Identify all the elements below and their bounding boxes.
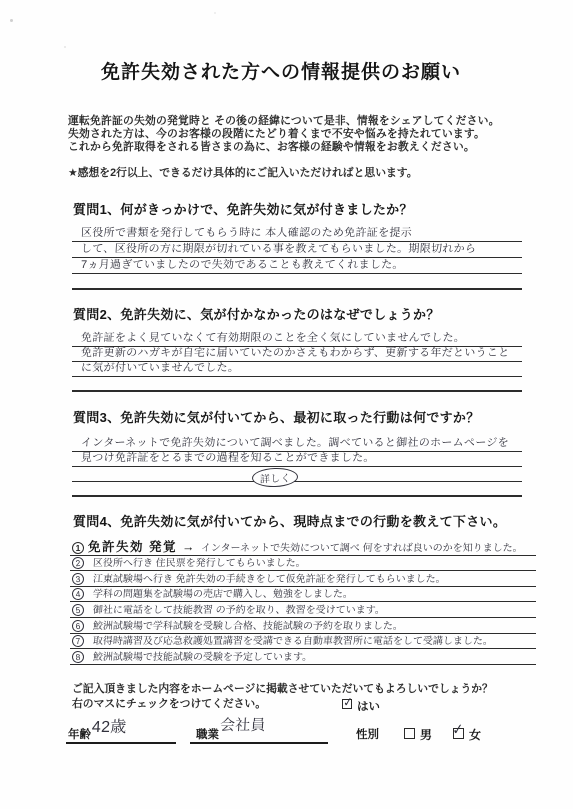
handwritten-step-text: 学科の問題集を試験場の売店で購入し、勉強をしました。 bbox=[88, 585, 354, 600]
circled-number-icon: 7 bbox=[71, 635, 84, 648]
question-1-answer-area: 区役所で書類を発行してもらう時に 本人確認のため免許証を提示 して、区役所の方に… bbox=[72, 226, 522, 290]
circled-number-icon: 8 bbox=[71, 650, 84, 663]
page-title: 免許失効された方への情報提供のお願い bbox=[0, 57, 562, 84]
consent-line: ご記入頂きました内容をホームページに掲載させていただいてもよろしいでしょうか？ bbox=[72, 682, 493, 697]
question-4-steps: 1 免許失効 発覚 → インターネットで失効について調べ 何をすれば良いのかを知… bbox=[70, 540, 536, 665]
female-label: 女 bbox=[469, 726, 481, 743]
answer-line bbox=[72, 274, 522, 290]
circled-number-icon: 1 bbox=[72, 542, 84, 554]
step-row: 2 区役所へ行き 住民票を発行してもらいました。 bbox=[70, 556, 536, 572]
answer-line: 7ヵ月過ぎていましたので失効であることも教えてくれました。 bbox=[72, 258, 522, 274]
age-underline bbox=[66, 742, 176, 744]
circled-number-icon: 3 bbox=[71, 572, 84, 585]
handwritten-step-text: 鮫洲試験場で学科試験を受験し合格、技能試験の予約を取りました。 bbox=[88, 617, 404, 632]
male-checkbox bbox=[404, 728, 415, 739]
question-3-answer-area: インターネットで免許失効について調べました。調べていると御社のホームページを 見… bbox=[72, 437, 522, 497]
circled-number-icon: 2 bbox=[71, 557, 84, 570]
handwritten-answer: 免許証をよく見ていなくて有効期限のことを全く気にしていませんでした。 bbox=[72, 329, 466, 345]
handwritten-answer: 7ヵ月過ぎていましたので失効であることも教えてくれました。 bbox=[72, 256, 405, 272]
gender-label: 性別 bbox=[356, 726, 379, 742]
handwritten-step-text: 区役所へ行き 住民票を発行してもらいました。 bbox=[88, 554, 307, 569]
handwritten-step-text: 取得時講習及び応急救護処置講習を受講できる自動車教習所に電話をして受講しました。 bbox=[88, 632, 494, 647]
intro-line: これから免許取得をされる皆さまの為に、お客様の経験や情報をお教えください。 bbox=[68, 141, 500, 154]
answer-line bbox=[72, 482, 522, 497]
circled-number-icon: 6 bbox=[71, 619, 84, 632]
consent-yes-label: はい bbox=[357, 698, 380, 714]
printed-step-text: 免許失効 発覚 → bbox=[88, 537, 196, 555]
handwritten-answer: 免許更新のハガキが自宅に届いていたのかさえもわからず、更新する年だということ bbox=[72, 344, 510, 360]
consent-checkbox: ✓ bbox=[342, 699, 352, 709]
consent-line: 右のマスにチェックをつけてください。 bbox=[72, 697, 493, 712]
question-1-label: 質問1、何がきっかけで、免許失効に気が付きましたか？ bbox=[73, 199, 413, 218]
scanned-survey-page: 免許失効された方への情報提供のお願い 運転免許証の失効の発覚時と その後の経緯に… bbox=[0, 0, 573, 809]
instruction-note: ★感想を2行以上、できるだけ具体的にご記入いただければと思います。 bbox=[68, 165, 418, 180]
circled-number-icon: 4 bbox=[71, 588, 84, 601]
handwritten-answer: 見つけ免許証をとるまでの過程を知ることができました。 bbox=[72, 449, 376, 465]
step-row: 5 御社に電話をして技能教習 の予約を取り、教習を受けています。 bbox=[70, 602, 536, 618]
handwritten-answer: 区役所で書類を発行してもらう時に 本人確認のため免許証を提示 bbox=[72, 224, 413, 240]
handwritten-answer: インターネットで免許失効について調べました。調べていると御社のホームページを bbox=[72, 434, 510, 450]
occupation-label: 職業 bbox=[196, 726, 219, 742]
scan-speck bbox=[10, 19, 13, 22]
step-row: 8 鮫洲試験場で技能試験の受験を予定しています。 bbox=[70, 649, 536, 665]
question-2-answer-area: 免許証をよく見ていなくて有効期限のことを全く気にしていませんでした。 免許更新の… bbox=[72, 332, 522, 392]
answer-line bbox=[72, 377, 522, 392]
handwritten-answer: して、区役所の方に期限が切れている事を教えてもらいました。期限切れから bbox=[72, 240, 477, 256]
intro-line: 失効された方は、今のお客様の段階にたどり着くまで不安や悩みを持たれています。 bbox=[68, 128, 500, 141]
age-label: 年齢 bbox=[68, 726, 91, 742]
check-icon: ✓ bbox=[452, 721, 465, 737]
check-icon: ✓ bbox=[343, 695, 354, 709]
consent-text: ご記入頂きました内容をホームページに掲載させていただいてもよろしいでしょうか？ … bbox=[72, 682, 493, 712]
intro-paragraph: 運転免許証の失効の発覚時と その後の経緯について是非、情報をシェアしてください。… bbox=[68, 115, 500, 154]
female-checkbox: ✓ bbox=[453, 728, 464, 739]
answer-line: 見つけ免許証をとるまでの過程を知ることができました。 bbox=[72, 452, 522, 467]
answer-line: に気が付いていませんでした。 bbox=[72, 362, 522, 377]
scan-speck bbox=[214, 12, 216, 14]
handwritten-step-text: 江東試験場へ行き 免許失効の手続きをして仮免許証を発行してもらいました。 bbox=[88, 570, 447, 585]
question-4-label: 質問4、免許失効に気が付いてから、現時点までの行動を教えて下さい。 bbox=[73, 511, 506, 530]
handwritten-step-text: 御社に電話をして技能教習 の予約を取り、教習を受けています。 bbox=[88, 601, 386, 616]
handwritten-occupation-value: 会社員 bbox=[219, 714, 266, 735]
question-2-label: 質問2、免許失効に、気が付かなかったのはなぜでしょうか？ bbox=[73, 304, 440, 323]
step-row: 7 取得時講習及び応急救護処置講習を受講できる自動車教習所に電話をして受講しまし… bbox=[70, 634, 536, 650]
handwritten-answer: に気が付いていませんでした。 bbox=[72, 359, 240, 375]
question-3-label: 質問3、免許失効に気が付いてから、最初に取った行動は何ですか？ bbox=[73, 407, 480, 426]
male-label: 男 bbox=[420, 726, 432, 743]
annotation-text: 詳しく bbox=[259, 469, 290, 485]
handwritten-step-text: 鮫洲試験場で技能試験の受験を予定しています。 bbox=[88, 648, 313, 663]
handwritten-age-value: 42歳 bbox=[91, 714, 127, 737]
intro-line: 運転免許証の失効の発覚時と その後の経緯について是非、情報をシェアしてください。 bbox=[68, 115, 500, 128]
scan-speck bbox=[64, 46, 66, 48]
circled-number-icon: 5 bbox=[71, 603, 84, 616]
occupation-underline bbox=[190, 742, 328, 744]
handwritten-step-text: インターネットで失効について調べ 何をすれば良いのかを知りました。 bbox=[196, 539, 523, 554]
